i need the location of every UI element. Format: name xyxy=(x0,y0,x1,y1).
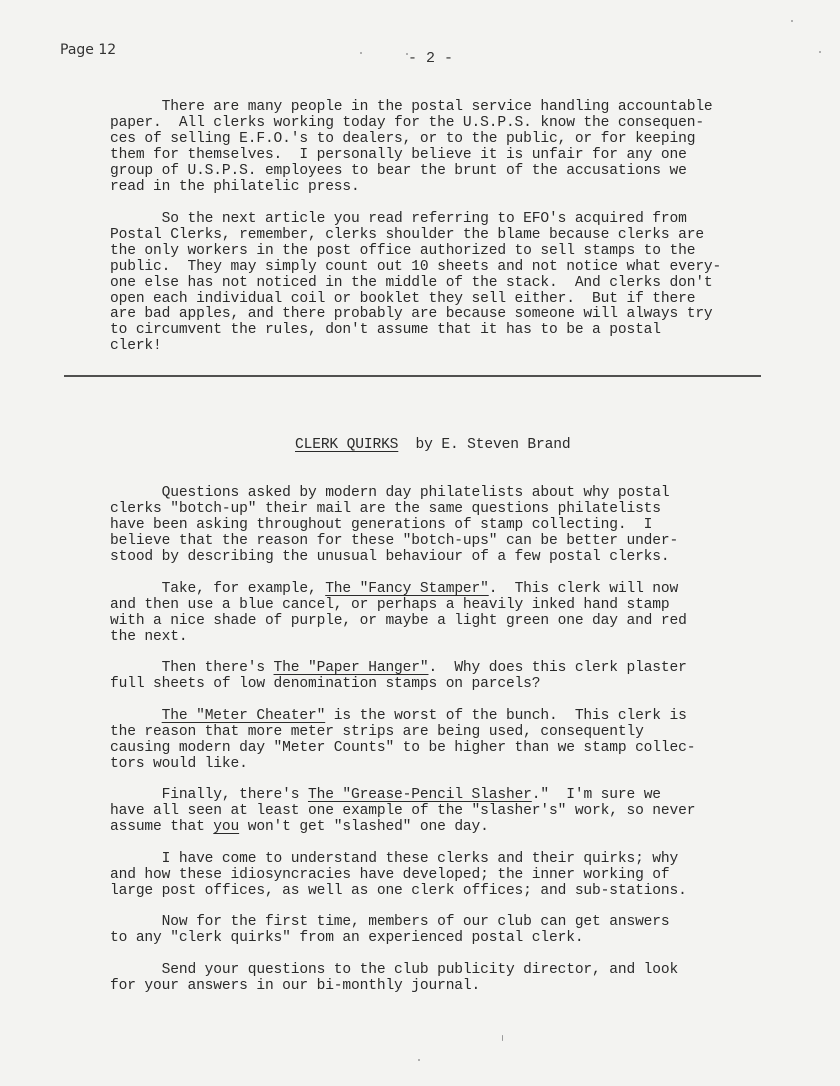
text-line: There are many people in the postal serv… xyxy=(110,100,810,116)
article2-paragraph-meter-cheater: The "Meter Cheater" is the worst of the … xyxy=(110,709,810,773)
page-label: Page 12 xyxy=(60,42,116,58)
article2-paragraph-fancy-stamper: Take, for example, The "Fancy Stamper". … xyxy=(110,582,810,646)
page-number: - 2 - xyxy=(408,50,453,67)
scan-speck xyxy=(502,1035,503,1041)
text-line: for your answers in our bi-monthly journ… xyxy=(110,979,810,995)
emphasis-you: you xyxy=(213,819,239,835)
text-line: public. They may simply count out 10 she… xyxy=(110,260,810,276)
scan-speck xyxy=(819,51,821,53)
term-meter-cheater: The "Meter Cheater" xyxy=(162,708,326,724)
text-line: them for themselves. I personally believ… xyxy=(110,148,810,164)
scan-speck xyxy=(418,1059,420,1061)
text-line: So the next article you read referring t… xyxy=(110,212,810,228)
article2-paragraph-paper-hanger: Then there's The "Paper Hanger". Why doe… xyxy=(110,661,810,693)
scan-speck xyxy=(791,20,793,22)
text-line: to circumvent the rules, don't assume th… xyxy=(110,323,810,339)
text-line: group of U.S.P.S. employees to bear the … xyxy=(110,164,810,180)
text-line: paper. All clerks working today for the … xyxy=(110,116,810,132)
article2-paragraph-7: Now for the first time, members of our c… xyxy=(110,915,810,947)
text-line: Then there's The "Paper Hanger". Why doe… xyxy=(110,661,810,677)
text-line: stood by describing the unusual behaviou… xyxy=(110,550,810,566)
text-line: clerks "botch-up" their mail are the sam… xyxy=(110,502,810,518)
scan-speck xyxy=(406,53,408,55)
text-line: believe that the reason for these "botch… xyxy=(110,534,810,550)
text-line: are bad apples, and there probably are b… xyxy=(110,307,810,323)
article2-paragraph-6: I have come to understand these clerks a… xyxy=(110,852,810,900)
article1-paragraph-2: So the next article you read referring t… xyxy=(110,212,810,355)
text-line: have been asking throughout generations … xyxy=(110,518,810,534)
text-line: have all seen at least one example of th… xyxy=(110,804,810,820)
text-line: Send your questions to the club publicit… xyxy=(110,963,810,979)
text-line: and then use a blue cancel, or perhaps a… xyxy=(110,598,810,614)
text-line: Finally, there's The "Grease-Pencil Slas… xyxy=(110,788,810,804)
text-line: Postal Clerks, remember, clerks shoulder… xyxy=(110,228,810,244)
term-paper-hanger: The "Paper Hanger" xyxy=(274,660,429,676)
article2-paragraph-8: Send your questions to the club publicit… xyxy=(110,963,810,995)
article1-paragraph-1: There are many people in the postal serv… xyxy=(110,100,810,195)
text: assume that xyxy=(110,819,213,835)
text: Finally, there's xyxy=(110,787,308,803)
text-line: the next. xyxy=(110,630,810,646)
text-line: with a nice shade of purple, or maybe a … xyxy=(110,614,810,630)
term-fancy-stamper: The "Fancy Stamper" xyxy=(325,581,489,597)
text-line: ces of selling E.F.O.'s to dealers, or t… xyxy=(110,132,810,148)
text-line: large post offices, as well as one clerk… xyxy=(110,884,810,900)
section-divider xyxy=(64,375,761,377)
text-line: I have come to understand these clerks a… xyxy=(110,852,810,868)
text-line: one else has not noticed in the middle o… xyxy=(110,276,810,292)
text: Then there's xyxy=(110,660,274,676)
text-line: the only workers in the post office auth… xyxy=(110,244,810,260)
text: . Why does this clerk plaster xyxy=(429,660,687,676)
text-line: The "Meter Cheater" is the worst of the … xyxy=(110,709,810,725)
text-line: Now for the first time, members of our c… xyxy=(110,915,810,931)
article-title-line: CLERK QUIRKS by E. Steven Brand xyxy=(295,438,570,454)
text-line: read in the philatelic press. xyxy=(110,180,810,196)
article-title: CLERK QUIRKS xyxy=(295,437,398,453)
text: Take, for example, xyxy=(110,581,325,597)
text-line: the reason that more meter strips are be… xyxy=(110,725,810,741)
text-line: assume that you won't get "slashed" one … xyxy=(110,820,810,836)
article2-paragraph-grease-pencil-slasher: Finally, there's The "Grease-Pencil Slas… xyxy=(110,788,810,836)
text-line: tors would like. xyxy=(110,757,810,773)
text: won't get "slashed" one day. xyxy=(239,819,489,835)
text-line: full sheets of low denomination stamps o… xyxy=(110,677,810,693)
scan-speck xyxy=(360,52,362,54)
text-line: causing modern day "Meter Counts" to be … xyxy=(110,741,810,757)
text-line: Questions asked by modern day philatelis… xyxy=(110,486,810,502)
text xyxy=(110,708,162,724)
text-line: clerk! xyxy=(110,339,810,355)
text: is the worst of the bunch. This clerk is xyxy=(325,708,687,724)
text-line: Take, for example, The "Fancy Stamper". … xyxy=(110,582,810,598)
article2-paragraph-1: Questions asked by modern day philatelis… xyxy=(110,486,810,566)
text-line: and how these idiosyncracies have develo… xyxy=(110,868,810,884)
text-line: open each individual coil or booklet the… xyxy=(110,292,810,308)
text: ." I'm sure we xyxy=(532,787,661,803)
text: . This clerk will now xyxy=(489,581,678,597)
article-byline: by E. Steven Brand xyxy=(398,437,570,453)
term-grease-pencil-slasher: The "Grease-Pencil Slasher xyxy=(308,787,532,803)
text-line: to any "clerk quirks" from an experience… xyxy=(110,931,810,947)
